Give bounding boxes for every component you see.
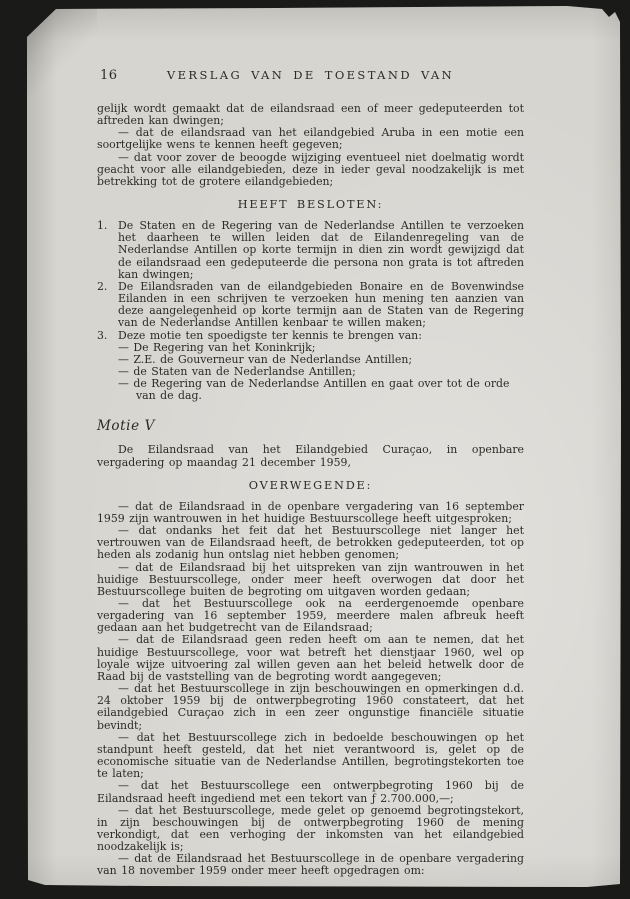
motie-intro-paragraph: De Eilandsraad van het Eilandgebied Cura… [97,444,524,468]
overwegende-paragraph: — dat de Eilandsraad bij het uitspreken … [97,562,524,598]
section-heading-besloten: HEEFT BESLOTEN: [97,198,524,211]
scan-background: { "colors": { "scan_background": "#1a1a1… [0,0,630,899]
list-item-text: Deze motie ten spoedigste ter kennis te … [118,329,422,342]
besloten-list: 1. De Staten en de Regering van de Neder… [97,220,524,402]
overwegende-paragraph: — dat de Eilandsraad het Bestuurscollege… [97,853,524,877]
section-heading-overwegende: OVERWEGENDE: [97,479,524,492]
overwegende-paragraph: — dat het Bestuurscollege ook na eerderg… [97,598,524,634]
overwegende-paragraph: — dat de Eilandsraad geen reden heeft om… [97,634,524,683]
motie-v-heading: Motie V [97,418,524,434]
list-item-number: 1. [97,220,107,232]
list-item: 2. De Eilandsraden van de eilandgebieden… [97,281,524,330]
overwegende-paragraph: — dat de Eilandsraad in de openbare verg… [97,501,524,525]
list-item: 1. De Staten en de Regering van de Neder… [97,220,524,281]
page-header: 16 VERSLAG VAN DE TOESTAND VAN [97,68,524,83]
intro-paragraph: gelijk wordt gemaakt dat de eilandsraad … [97,103,524,127]
list-item-number: 2. [97,281,107,293]
overwegende-paragraph: — dat het Bestuurscollege zich in bedoel… [97,732,524,781]
page-number: 16 [100,68,118,83]
list-item-number: 3. [97,330,107,342]
overwegende-paragraph: — dat ondanks het feit dat het Bestuursc… [97,525,524,561]
intro-paragraph: — dat voor zover de beoogde wijziging ev… [97,152,524,188]
document-page: 16 VERSLAG VAN DE TOESTAND VAN gelijk wo… [27,6,621,889]
list-item-text: De Staten en de Regering van de Nederlan… [118,219,524,281]
page-content: 16 VERSLAG VAN DE TOESTAND VAN gelijk wo… [27,6,621,878]
overwegende-paragraph: — dat het Bestuurscollege een ontwerpbeg… [97,780,524,804]
list-subitem: — de Regering van de Nederlandse Antille… [118,378,524,402]
overwegende-paragraph: — dat het Bestuurscollege, mede gelet op… [97,805,524,854]
list-item: 3. Deze motie ten spoedigste ter kennis … [97,330,524,403]
list-item-text: De Eilandsraden van de eilandgebieden Bo… [118,280,524,329]
running-title: VERSLAG VAN DE TOESTAND VAN [97,68,524,82]
list-subitem: — De Regering van het Koninkrijk; [118,342,524,354]
intro-paragraph: — dat de eilandsraad van het eilandgebie… [97,127,524,151]
overwegende-paragraph: — dat het Bestuurscollege in zijn bescho… [97,683,524,732]
